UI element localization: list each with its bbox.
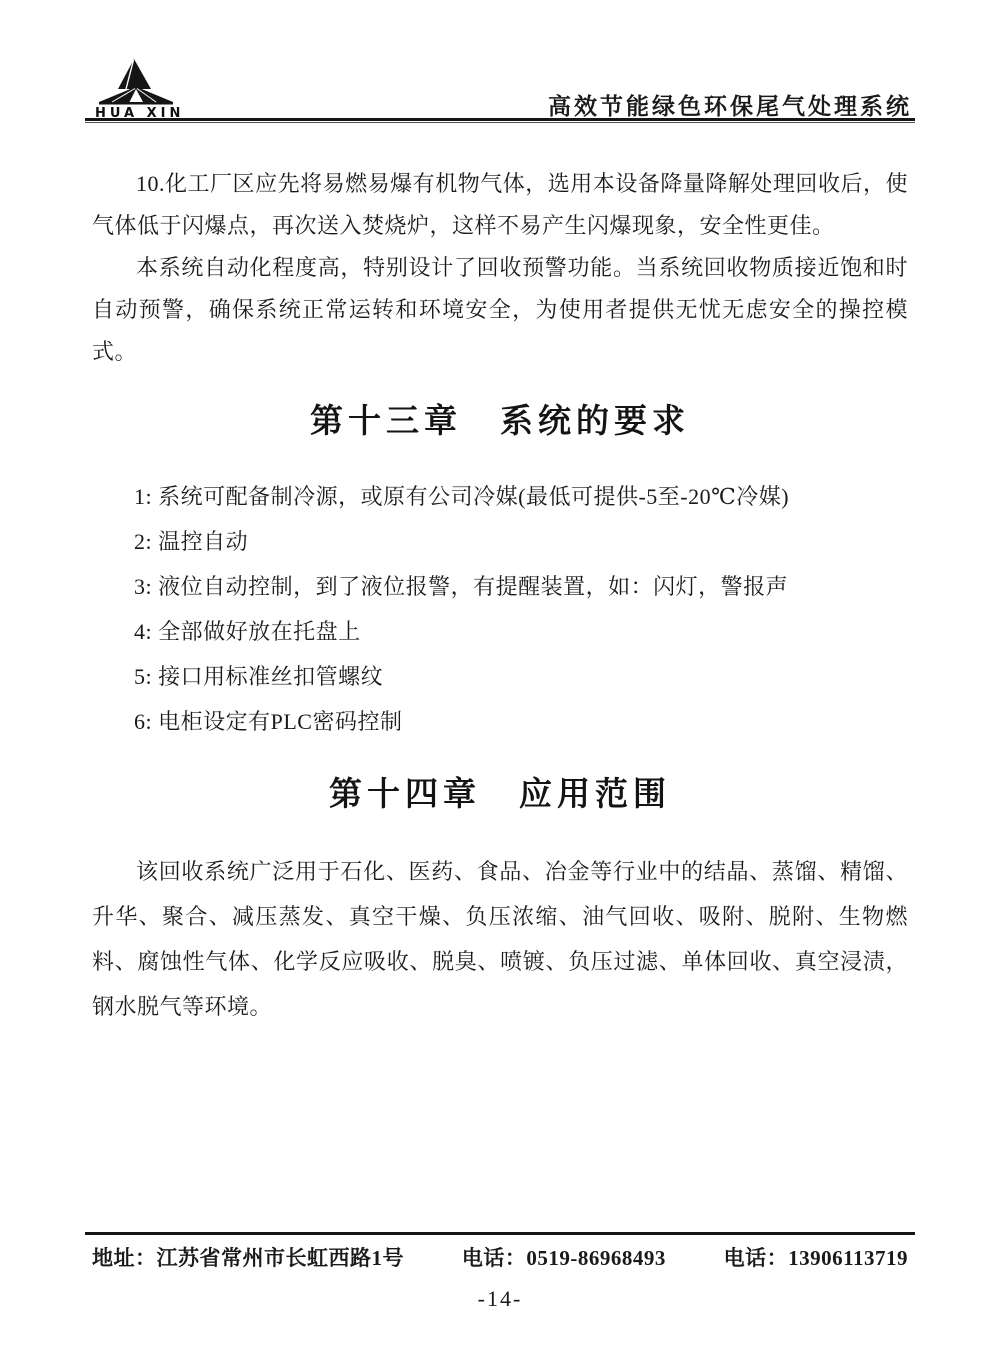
company-logo: HUA XIN — [95, 58, 207, 121]
requirement-item-5: 5: 接口用标准丝扣管螺纹 — [134, 654, 908, 699]
requirement-item-6: 6: 电柜设定有PLC密码控制 — [134, 699, 908, 744]
page-number: -14- — [0, 1286, 1000, 1312]
footer-address-label: 地址： — [92, 1246, 157, 1270]
footer-divider — [85, 1232, 915, 1235]
footer-address: 地址：江苏省常州市长虹西路1号 — [92, 1242, 404, 1272]
footer-phone-2-value: 13906113719 — [788, 1246, 908, 1270]
document-page: HUA XIN 高效节能绿色环保尾气处理系统 10.化工厂区应先将易燃易爆有机物… — [0, 0, 1000, 1367]
header-title: 高效节能绿色环保尾气处理系统 — [548, 88, 912, 121]
chapter-13-title: 第十三章 系统的要求 — [92, 395, 908, 442]
footer-phone-1: 电话：0519-86968493 — [462, 1242, 666, 1272]
paragraph-application-scope: 该回收系统广泛用于石化、医药、食品、冶金等行业中的结晶、蒸馏、精馏、升华、聚合、… — [92, 849, 908, 1029]
huaxin-logo-icon — [97, 58, 175, 105]
paragraph-automation-note: 本系统自动化程度高，特别设计了回收预警功能。当系统回收物质接近饱和时自动预警，确… — [92, 247, 908, 373]
chapter-14-title: 第十四章 应用范围 — [92, 768, 908, 815]
footer-address-value: 江苏省常州市长虹西路1号 — [157, 1246, 405, 1270]
header-divider — [85, 118, 915, 123]
footer-contact-row: 地址：江苏省常州市长虹西路1号 电话：0519-86968493 电话：1390… — [92, 1242, 908, 1272]
footer-phone-2-label: 电话： — [724, 1246, 789, 1270]
document-body: 10.化工厂区应先将易燃易爆有机物气体，选用本设备降量降解处理回收后，使气体低于… — [92, 163, 908, 1029]
requirement-item-3: 3: 液位自动控制，到了液位报警，有提醒装置，如：闪灯，警报声 — [134, 564, 908, 609]
header-divider-thick-line — [85, 118, 915, 121]
requirement-item-1: 1: 系统可配备制冷源，或原有公司冷媒(最低可提供-5至-20℃冷媒) — [134, 474, 908, 519]
header-divider-thin-line — [85, 122, 915, 123]
footer-phone-1-label: 电话： — [462, 1246, 527, 1270]
footer-phone-1-value: 0519-86968493 — [526, 1246, 666, 1270]
requirement-item-2: 2: 温控自动 — [134, 519, 908, 564]
requirement-item-4: 4: 全部做好放在托盘上 — [134, 609, 908, 654]
requirements-list: 1: 系统可配备制冷源，或原有公司冷媒(最低可提供-5至-20℃冷媒) 2: 温… — [92, 474, 908, 744]
footer-phone-2: 电话：13906113719 — [724, 1242, 908, 1272]
paragraph-safety-note: 10.化工厂区应先将易燃易爆有机物气体，选用本设备降量降解处理回收后，使气体低于… — [92, 163, 908, 247]
